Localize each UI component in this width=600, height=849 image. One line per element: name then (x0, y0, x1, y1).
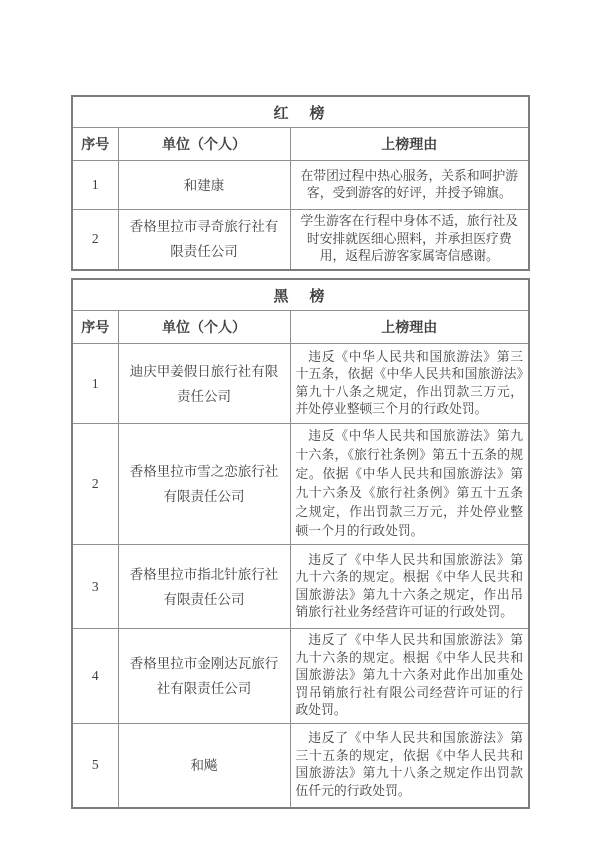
black-list-title-row: 黑 榜 (72, 279, 529, 311)
reason-cell: 违反了《中华人民共和国旅游法》第九十六条的规定。根据《中华人民共和国旅游法》第九… (290, 629, 529, 724)
table-row: 4 香格里拉市金刚达瓦旅行社有限责任公司 违反了《中华人民共和国旅游法》第九十六… (72, 629, 529, 724)
red-list-title: 红 榜 (72, 96, 529, 128)
table-row: 5 和飚 违反了《中华人民共和国旅游法》第三十五条的规定，依据《中华人民共和国旅… (72, 723, 529, 808)
row-number-cell: 4 (72, 629, 118, 724)
document-page: 红 榜 序号 单位（个人） 上榜理由 1 和建康 在带团过程中热心服务，关系和呵… (0, 0, 600, 849)
row-number-cell: 2 (72, 210, 118, 270)
column-header-unit: 单位（个人） (118, 311, 290, 344)
red-list-table: 红 榜 序号 单位（个人） 上榜理由 1 和建康 在带团过程中热心服务，关系和呵… (71, 95, 530, 271)
unit-cell: 香格里拉市指北针旅行社有限责任公司 (118, 545, 290, 629)
unit-cell: 香格里拉市寻奇旅行社有限责任公司 (118, 210, 290, 270)
column-header-reason: 上榜理由 (290, 128, 529, 161)
column-header-unit: 单位（个人） (118, 128, 290, 161)
red-list-title-row: 红 榜 (72, 96, 529, 128)
reason-cell: 违反了《中华人民共和国旅游法》第九十六条的规定。根据《中华人民共和国旅游法》第九… (290, 545, 529, 629)
row-number-cell: 2 (72, 424, 118, 545)
unit-cell: 迪庆甲姜假日旅行社有限责任公司 (118, 344, 290, 424)
black-list-title: 黑 榜 (72, 279, 529, 311)
table-row: 2 香格里拉市寻奇旅行社有限责任公司 学生游客在行程中身体不适，旅行社及时安排就… (72, 210, 529, 270)
row-number-cell: 1 (72, 161, 118, 210)
column-header-no: 序号 (72, 311, 118, 344)
table-row: 1 和建康 在带团过程中热心服务，关系和呵护游客，受到游客的好评，并授予锦旗。 (72, 161, 529, 210)
reason-cell: 违反《中华人民共和国旅游法》第三十五条，依据《中华人民共和国旅游法》第九十八条之… (290, 344, 529, 424)
row-number-cell: 5 (72, 723, 118, 808)
row-number-cell: 1 (72, 344, 118, 424)
row-number-cell: 3 (72, 545, 118, 629)
column-header-no: 序号 (72, 128, 118, 161)
reason-cell: 学生游客在行程中身体不适，旅行社及时安排就医细心照料，并承担医疗费用，返程后游客… (290, 210, 529, 270)
unit-cell: 和建康 (118, 161, 290, 210)
table-row: 1 迪庆甲姜假日旅行社有限责任公司 违反《中华人民共和国旅游法》第三十五条，依据… (72, 344, 529, 424)
column-header-reason: 上榜理由 (290, 311, 529, 344)
reason-cell: 在带团过程中热心服务，关系和呵护游客，受到游客的好评，并授予锦旗。 (290, 161, 529, 210)
table-row: 2 香格里拉市雪之恋旅行社有限责任公司 违反《中华人民共和国旅游法》第九十六条，… (72, 424, 529, 545)
unit-cell: 香格里拉市雪之恋旅行社有限责任公司 (118, 424, 290, 545)
reason-cell: 违反《中华人民共和国旅游法》第九十六条，《旅行社条例》第五十五条的规定。依据《中… (290, 424, 529, 545)
table-row: 3 香格里拉市指北针旅行社有限责任公司 违反了《中华人民共和国旅游法》第九十六条… (72, 545, 529, 629)
black-list-header-row: 序号 单位（个人） 上榜理由 (72, 311, 529, 344)
black-list-table: 黑 榜 序号 单位（个人） 上榜理由 1 迪庆甲姜假日旅行社有限责任公司 违反《… (71, 278, 530, 809)
unit-cell: 香格里拉市金刚达瓦旅行社有限责任公司 (118, 629, 290, 724)
unit-cell: 和飚 (118, 723, 290, 808)
red-list-header-row: 序号 单位（个人） 上榜理由 (72, 128, 529, 161)
reason-cell: 违反了《中华人民共和国旅游法》第三十五条的规定，依据《中华人民共和国旅游法》第九… (290, 723, 529, 808)
